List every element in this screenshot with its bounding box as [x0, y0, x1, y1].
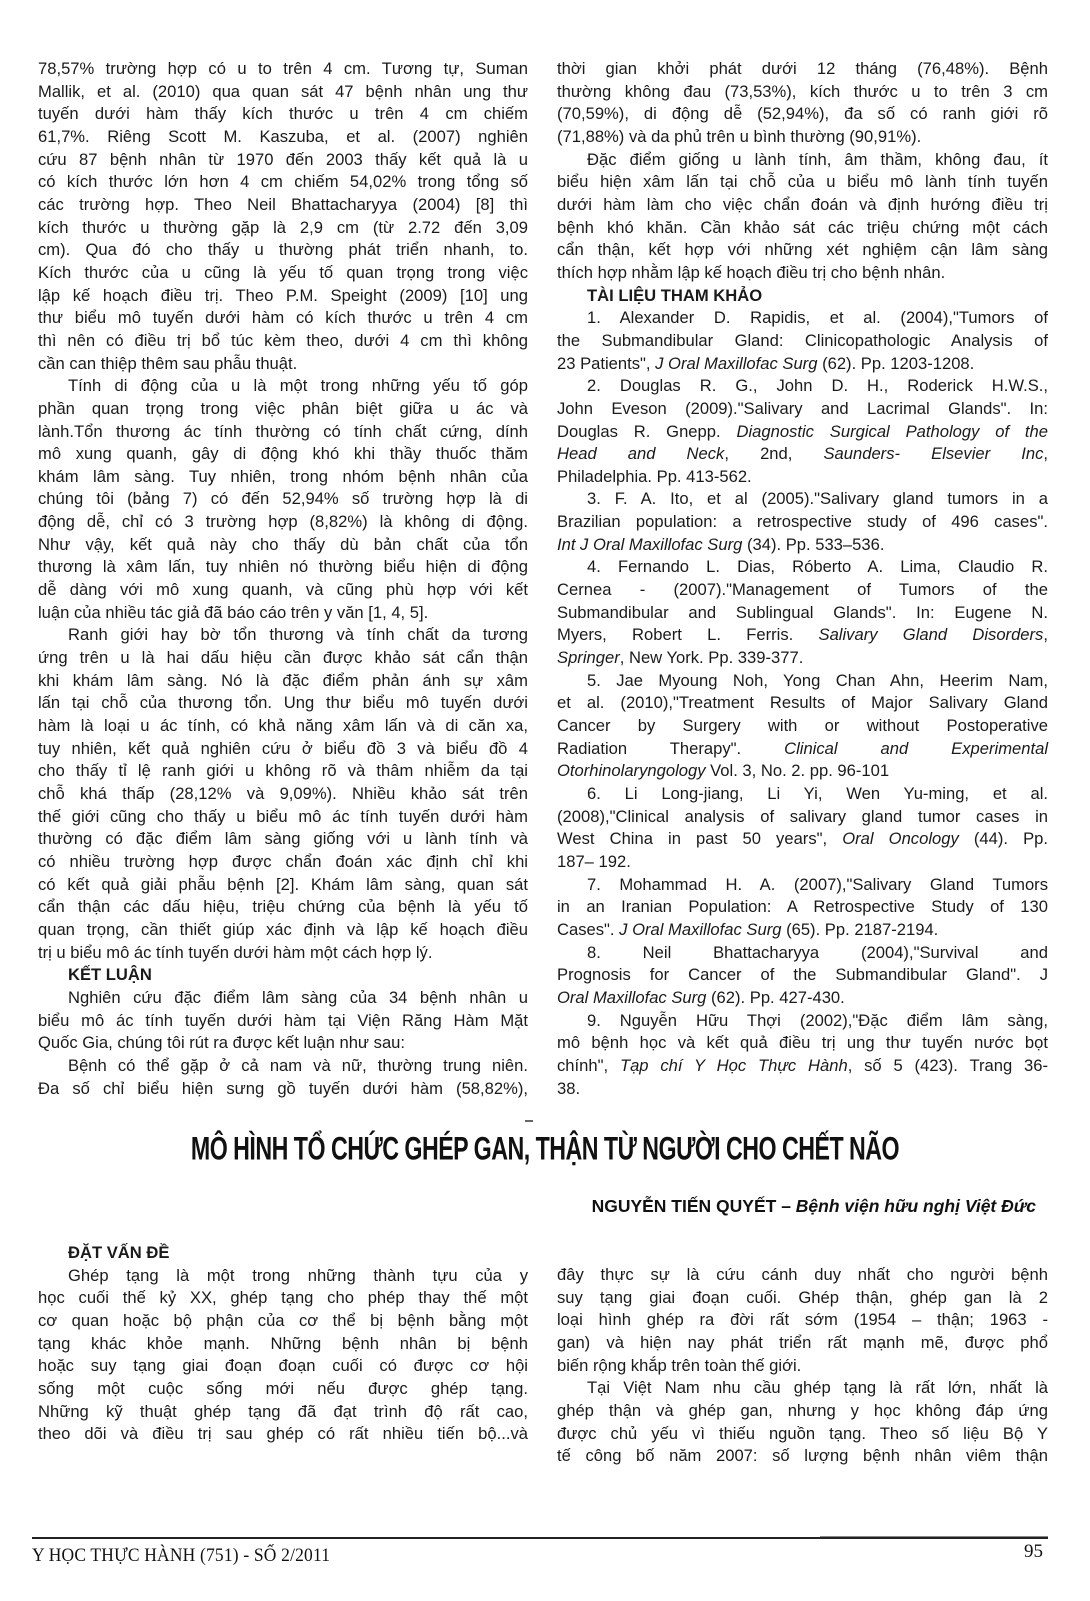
text-line: (71,88%) và da phủ trên u bình thường (9…: [557, 126, 1048, 149]
text-line: loại hình ghép ra đời rất sớm (1954 – th…: [557, 1309, 1048, 1332]
paragraph: Tại Việt Nam nhu cầu ghép tạng là rất lớ…: [557, 1377, 1048, 1468]
paragraph: Ranh giới hay bờ tổn thương và tính chất…: [38, 624, 528, 964]
text-line: Tại Việt Nam nhu cầu ghép tạng là rất lớ…: [557, 1377, 1048, 1400]
text-line: chính", Tạp chí Y Học Thực Hành, số 5 (4…: [557, 1055, 1048, 1078]
text-line: thích hợp nhằm lập kế hoạch điều trị cho…: [557, 262, 1048, 285]
reference-item: 9. Nguyễn Hữu Thợi (2002),"Đặc điểm lâm …: [557, 1010, 1048, 1101]
text-line: động dễ, chỉ có 3 trường hợp (8,82%) là …: [38, 511, 528, 534]
text-line: Radiation Therapy". Clinical and Experim…: [557, 738, 1048, 761]
reference-list: 1. Alexander D. Rapidis, et al. (2004),"…: [557, 307, 1048, 1100]
text-line: ghép thận và ghép gan, nhưng y học không…: [557, 1400, 1048, 1423]
separator-mark: [525, 1120, 533, 1122]
section-heading-references: TÀI LIỆU THAM KHẢO: [557, 285, 1048, 308]
new-article-left-column: ĐẶT VẤN ĐỀ Ghép tạng là một trong những …: [38, 1242, 528, 1446]
text-line: 9. Nguyễn Hữu Thợi (2002),"Đặc điểm lâm …: [557, 1010, 1048, 1033]
text-line: lành.Tổn thương ác tính thường có tính c…: [38, 421, 528, 444]
article-byline: NGUYỄN TIẾN QUYẾT – Bệnh viện hữu nghị V…: [592, 1196, 1036, 1217]
reference-item: 2. Douglas R. G., John D. H., Roderick H…: [557, 375, 1048, 488]
reference-item: 1. Alexander D. Rapidis, et al. (2004),"…: [557, 307, 1048, 375]
text-line: 23 Patients", J Oral Maxillofac Surg (62…: [557, 353, 1048, 376]
text-line: Philadelphia. Pp. 413-562.: [557, 466, 1048, 489]
journal-issue-footer: Y HỌC THỰC HÀNH (751) - SỐ 2/2011: [32, 1545, 330, 1567]
reference-item: 3. F. A. Ito, et al (2005)."Salivary gla…: [557, 488, 1048, 556]
text-line: lấn tại chỗ của thương tổn. Ung thư biểu…: [38, 692, 528, 715]
text-line: Prognosis for Cancer of the Submandibula…: [557, 964, 1048, 987]
author-name: NGUYỄN TIẾN QUYẾT: [592, 1196, 777, 1216]
text-line: đây thực sự là cứu cánh duy nhất cho ngư…: [557, 1264, 1048, 1287]
text-line: dưới hàm làm cho việc chẩn đoán và định …: [557, 194, 1048, 217]
text-line: 1. Alexander D. Rapidis, et al. (2004),"…: [557, 307, 1048, 330]
footer-rule-fade: [820, 1536, 1048, 1537]
text-line: Những kỹ thuật ghép tạng đã đạt trình độ…: [38, 1401, 528, 1424]
text-line: Kích thước của u cũng là yếu tố quan trọ…: [38, 262, 528, 285]
text-line: mô bệnh học và kết quả điều trị ung thư …: [557, 1032, 1048, 1055]
prev-article-left-column: 78,57% trường hợp có u to trên 4 cm. Tươ…: [38, 58, 528, 1100]
text-line: 2. Douglas R. G., John D. H., Roderick H…: [557, 375, 1048, 398]
text-line: thế giới cũng cho thấy u biểu mô ác tính…: [38, 806, 528, 829]
reference-item: 8. Neil Bhattacharyya (2004),"Survival a…: [557, 942, 1048, 1010]
text-line: Tính di động của u là một trong những yế…: [38, 375, 528, 398]
text-line: Head and Neck, 2nd, Saunders- Elsevier I…: [557, 443, 1048, 466]
text-line: cẩn thận, kết hợp với những xét nghiệm c…: [557, 239, 1048, 262]
text-line: học cuối thế kỷ XX, ghép tạng cho phép t…: [38, 1287, 528, 1310]
text-line: chúng tôi (bảng 7) có đến 52,94% số trườ…: [38, 488, 528, 511]
text-line: Ghép tạng là một trong những thành tựu c…: [38, 1265, 528, 1288]
reference-item: 7. Mohammad H. A. (2007),"Salivary Gland…: [557, 874, 1048, 942]
text-line: Brazilian population: a retrospective st…: [557, 511, 1048, 534]
text-line: Bệnh có thể gặp ở cả nam và nữ, thường t…: [38, 1055, 528, 1078]
page-number: 95: [1024, 1541, 1043, 1563]
text-line: Oral Maxillofac Surg (62). Pp. 427-430.: [557, 987, 1048, 1010]
text-line: khám lâm sàng. Tuy nhiên, trong nhóm bện…: [38, 466, 528, 489]
author-affiliation: Bệnh viện hữu nghị Việt Đức: [796, 1196, 1036, 1216]
text-line: cm). Qua đó cho thấy u thường phát triển…: [38, 239, 528, 262]
text-line: Đặc điểm giống u lành tính, âm thầm, khô…: [557, 149, 1048, 172]
paragraph: đây thực sự là cứu cánh duy nhất cho ngư…: [557, 1264, 1048, 1377]
text-line: tạng khác khỏe mạnh. Những bệnh nhân bị …: [38, 1333, 528, 1356]
text-line: Quốc Gia, chúng tôi rút ra được kết luận…: [38, 1032, 528, 1055]
text-line: 78,57% trường hợp có u to trên 4 cm. Tươ…: [38, 58, 528, 81]
text-line: Cernea - (2007)."Management of Tumors of…: [557, 579, 1048, 602]
text-line: 3. F. A. Ito, et al (2005)."Salivary gla…: [557, 488, 1048, 511]
reference-item: 5. Jae Myoung Noh, Yong Chan Ahn, Heerim…: [557, 670, 1048, 783]
text-line: thời gian khởi phát dưới 12 tháng (76,48…: [557, 58, 1048, 81]
text-line: hoặc suy tạng giai đoạn đoạn cuối có đượ…: [38, 1355, 528, 1378]
text-line: quan trọng, cần thiết giúp xác định và l…: [38, 919, 528, 942]
text-line: thường không đau (73,53%), kích thước u …: [557, 81, 1048, 104]
text-line: cơ quan hoặc bộ phận của cơ thể bị bệnh …: [38, 1310, 528, 1333]
text-line: khi khám lâm sàng. Nó là đặc điểm phản á…: [38, 670, 528, 693]
article-title: MÔ HÌNH TỔ CHỨC GHÉP GAN, THẬN TỪ NGƯỜI …: [76, 1131, 1013, 1168]
paragraph: Bệnh có thể gặp ở cả nam và nữ, thường t…: [38, 1055, 528, 1100]
text-line: tuyến dưới hàm thấy kích thước u trên 4 …: [38, 103, 528, 126]
text-line: Douglas R. Gnepp. Diagnostic Surgical Pa…: [557, 421, 1048, 444]
text-line: chỗ khá thấp (28,12% và 9,09%). Nhiều kh…: [38, 783, 528, 806]
text-line: 8. Neil Bhattacharyya (2004),"Survival a…: [557, 942, 1048, 965]
text-line: biểu hiện xâm lấn tại chỗ của u biểu mô …: [557, 171, 1048, 194]
text-line: Cases". J Oral Maxillofac Surg (65). Pp.…: [557, 919, 1048, 942]
text-line: tuy nhiên, kết quả nghiên cứu ở biểu đồ …: [38, 738, 528, 761]
text-line: cho thấy tỉ lệ ranh giới u không rõ và t…: [38, 760, 528, 783]
text-line: (70,59%), di động dễ (52,94%), đa số có …: [557, 103, 1048, 126]
text-line: sống một cuộc sống mới nếu được ghép tạn…: [38, 1378, 528, 1401]
text-line: West China in past 50 years", Oral Oncol…: [557, 828, 1048, 851]
paragraph: Nghiên cứu đặc điểm lâm sàng của 34 bệnh…: [38, 987, 528, 1055]
text-line: Cancer by Surgery with or without Postop…: [557, 715, 1048, 738]
text-line: gan) và hiện nay phát triển rất mạnh mẽ,…: [557, 1332, 1048, 1355]
text-line: tế công bố năm 2007: số lượng bệnh nhân …: [557, 1445, 1048, 1468]
text-line: et al. (2010),"Treatment Results of Majo…: [557, 692, 1048, 715]
text-line: in an Iranian Population: A Retrospectiv…: [557, 896, 1048, 919]
text-line: Như vậy, kết quả này cho thấy dù bản chấ…: [38, 534, 528, 557]
text-line: cứu 87 bệnh nhân từ 1970 đến 2003 thấy k…: [38, 149, 528, 172]
text-line: 38.: [557, 1078, 1048, 1101]
text-line: biến rộng khắp trên toàn thế giới.: [557, 1355, 1048, 1378]
text-line: lập kế hoạch điều trị. Theo P.M. Speight…: [38, 285, 528, 308]
text-line: the Submandibular Gland: Clinicopatholog…: [557, 330, 1048, 353]
text-line: có kích thước lớn hơn 4 cm chiếm 54,02% …: [38, 171, 528, 194]
text-line: suy tạng giai đoạn cuối. Ghép thận, ghép…: [557, 1287, 1048, 1310]
text-line: ứng trên u là hai dấu hiệu cần được khảo…: [38, 647, 528, 670]
text-line: 61,7%. Riêng Scott M. Kaszuba, et al. (2…: [38, 126, 528, 149]
reference-item: 4. Fernando L. Dias, Róberto A. Lima, Cl…: [557, 556, 1048, 669]
text-line: 5. Jae Myoung Noh, Yong Chan Ahn, Heerim…: [557, 670, 1048, 693]
text-line: John Eveson (2009)."Salivary and Lacrima…: [557, 398, 1048, 421]
text-line: thường có đặc điểm lâm sàng giống với u …: [38, 828, 528, 851]
text-line: 187– 192.: [557, 851, 1048, 874]
new-article-right-column: đây thực sự là cứu cánh duy nhất cho ngư…: [557, 1264, 1048, 1468]
text-line: Đa số chỉ biểu hiện sưng gồ tuyến dưới h…: [38, 1078, 528, 1101]
text-line: mô xung quanh, gây di động khó khi thầy …: [38, 443, 528, 466]
text-line: Myers, Robert L. Ferris. Salivary Gland …: [557, 624, 1048, 647]
text-line: Int J Oral Maxillofac Surg (34). Pp. 533…: [557, 534, 1048, 557]
text-line: Otorhinolaryngology Vol. 3, No. 2. pp. 9…: [557, 760, 1048, 783]
paragraph: Đặc điểm giống u lành tính, âm thầm, khô…: [557, 149, 1048, 285]
text-line: 6. Li Long-jiang, Li Yi, Wen Yu-ming, et…: [557, 783, 1048, 806]
text-line: biểu mô ác tính tuyến dưới hàm tại Viện …: [38, 1010, 528, 1033]
section-heading-conclusion: KẾT LUẬN: [38, 964, 528, 987]
prev-article-right-column: thời gian khởi phát dưới 12 tháng (76,48…: [557, 58, 1048, 1100]
text-line: 7. Mohammad H. A. (2007),"Salivary Gland…: [557, 874, 1048, 897]
text-line: kích thước u thường gặp là 2,9 cm (từ 2.…: [38, 217, 528, 240]
reference-item: 6. Li Long-jiang, Li Yi, Wen Yu-ming, et…: [557, 783, 1048, 874]
text-line: Nghiên cứu đặc điểm lâm sàng của 34 bệnh…: [38, 987, 528, 1010]
text-line: bệnh khó khăn. Cần khảo sát các triệu ch…: [557, 217, 1048, 240]
text-line: thì nên có điều trị bổ túc kèm theo, dướ…: [38, 330, 528, 353]
text-line: Ranh giới hay bờ tổn thương và tính chất…: [38, 624, 528, 647]
paragraph: Tính di động của u là một trong những yế…: [38, 375, 528, 624]
text-line: theo dõi và điều trị sau ghép có rất nhi…: [38, 1423, 528, 1446]
text-line: phần quan trọng trong việc phân biệt giữ…: [38, 398, 528, 421]
text-line: Springer, New York. Pp. 339-377.: [557, 647, 1048, 670]
text-line: được chủ yếu vì thiếu nguồn tạng. Theo s…: [557, 1423, 1048, 1446]
text-line: hàm là loại u ác tính, có khả năng xâm l…: [38, 715, 528, 738]
paragraph: 78,57% trường hợp có u to trên 4 cm. Tươ…: [38, 58, 528, 375]
byline-separator: –: [776, 1196, 795, 1216]
text-line: dễ dàng với mô xung quanh, và cũng phù h…: [38, 579, 528, 602]
text-line: Submandibular and Sublingual Glands". In…: [557, 602, 1048, 625]
text-line: cẩn thận các dấu hiệu, triệu chứng của b…: [38, 896, 528, 919]
text-line: Mallik, et al. (2010) qua quan sát 47 bệ…: [38, 81, 528, 104]
text-line: thương là xâm lấn, tuy nhiên nó thường b…: [38, 556, 528, 579]
section-heading-introduction: ĐẶT VẤN ĐỀ: [38, 1242, 528, 1265]
paragraph: thời gian khởi phát dưới 12 tháng (76,48…: [557, 58, 1048, 149]
text-line: trị u biểu mô ác tính tuyến dưới hàm một…: [38, 942, 528, 965]
paragraph: Ghép tạng là một trong những thành tựu c…: [38, 1265, 528, 1446]
text-line: 4. Fernando L. Dias, Róberto A. Lima, Cl…: [557, 556, 1048, 579]
text-line: (2008),"Clinical analysis of salivary gl…: [557, 806, 1048, 829]
text-line: các trường hợp. Theo Neil Bhattacharyya …: [38, 194, 528, 217]
footer-rule: [32, 1537, 1048, 1539]
text-line: cần can thiệp thêm sau phẫu thuật.: [38, 353, 528, 376]
text-line: có nhiều trường hợp được chẩn đoán xác đ…: [38, 851, 528, 874]
text-line: thư biểu mô tuyến dưới hàm có kích thước…: [38, 307, 528, 330]
text-line: có kết quả giải phẫu bệnh [2]. Khám lâm …: [38, 874, 528, 897]
text-line: luận của nhiều tác giả đã báo cáo trên y…: [38, 602, 528, 625]
